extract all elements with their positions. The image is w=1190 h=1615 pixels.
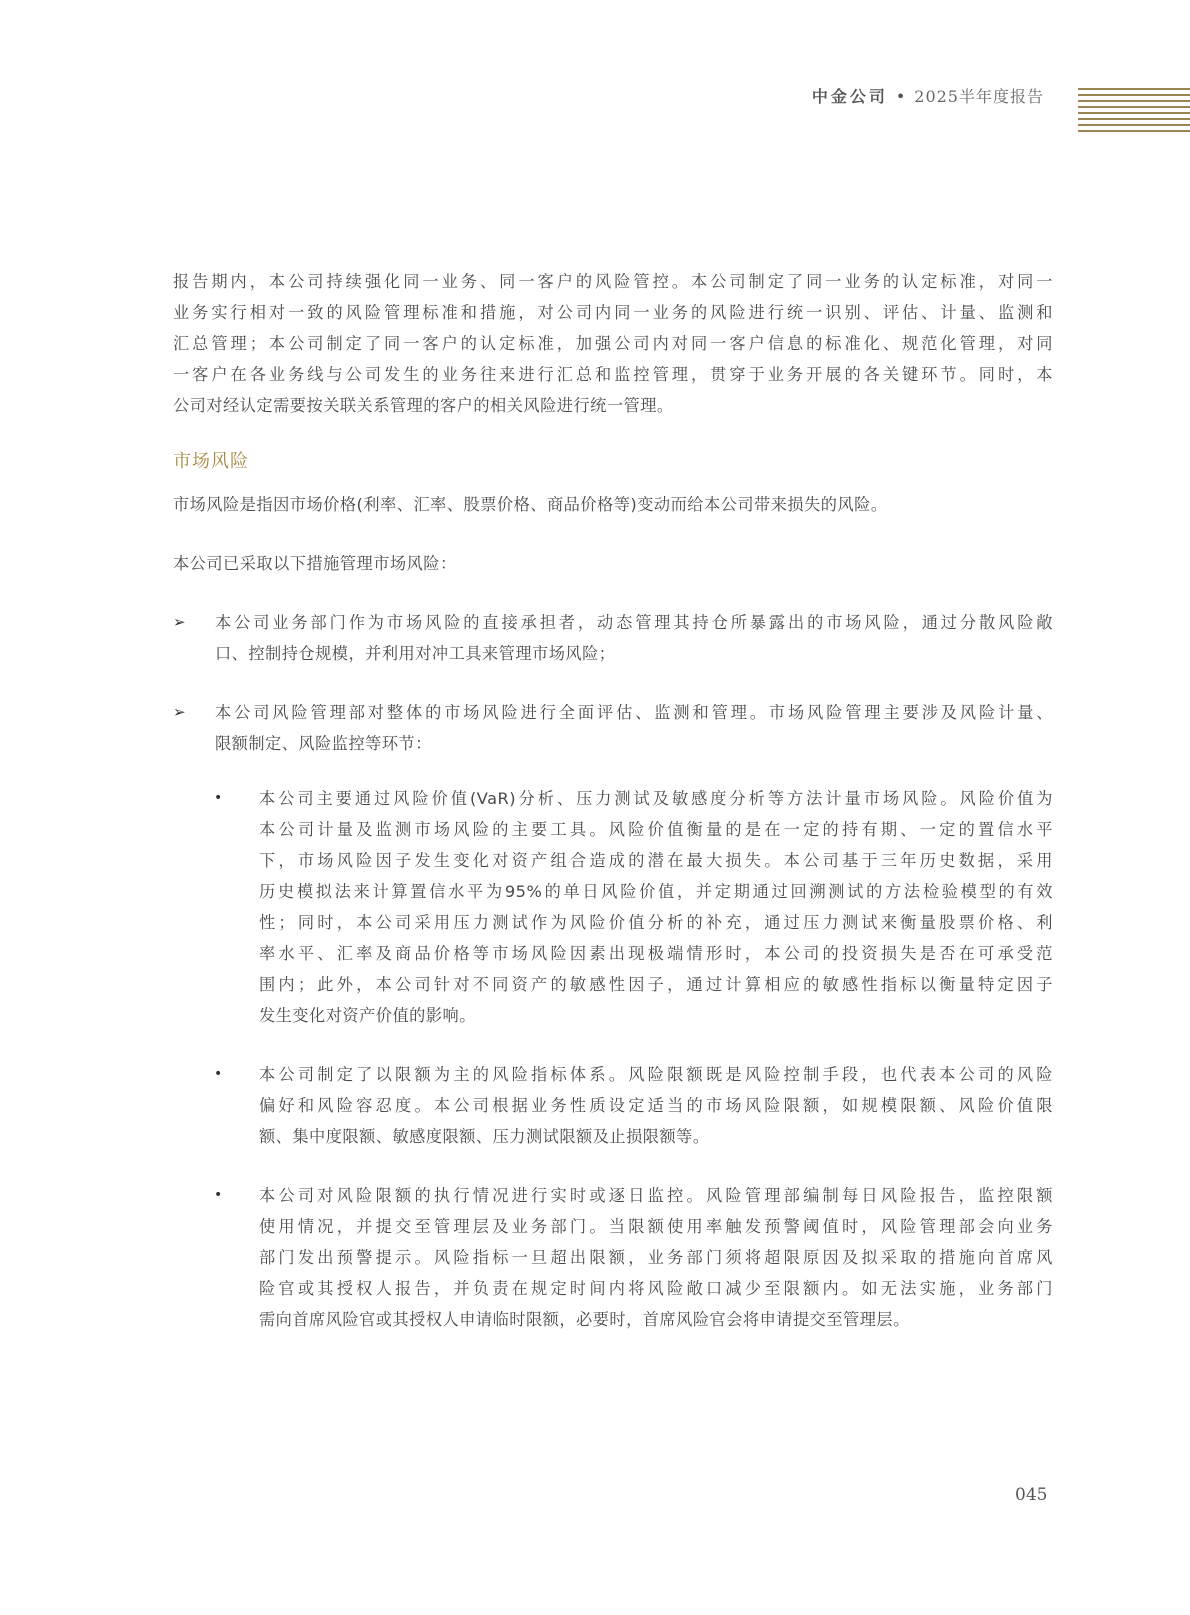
header-separator: •	[896, 87, 906, 106]
text-line: 口、控制持仓规模，并利用对冲工具来管理市场风险；	[215, 638, 1053, 669]
text-line: 业务实行相对一致的风险管理标准和措施，对公司内同一业务的风险进行统一识别、评估、…	[173, 297, 1053, 328]
dot-bullet-icon: •	[214, 1059, 222, 1090]
text-line: 偏好和风险容忍度。本公司根据业务性质设定适当的市场风险限额，如规模限额、风险价值…	[259, 1090, 1053, 1121]
text-line: 本公司风险管理部对整体的市场风险进行全面评估、监测和管理。市场风险管理主要涉及风…	[215, 697, 1053, 728]
market-risk-definition: 市场风险是指因市场价格(利率、汇率、股票价格、商品价格等)变动而给本公司带来损失…	[173, 489, 1053, 520]
measures-intro: 本公司已采取以下措施管理市场风险：	[173, 548, 1053, 579]
text-line: 本公司主要通过风险价值(VaR)分析、压力测试及敏感度分析等方法计量市场风险。风…	[259, 783, 1053, 814]
page-content: 报告期内，本公司持续强化同一业务、同一客户的风险管控。本公司制定了同一业务的认定…	[173, 266, 1053, 1363]
text-line: 率水平、汇率及商品价格等市场风险因素出现极端情形时，本公司的投资损失是否在可承受…	[259, 938, 1053, 969]
text-line: 本公司制定了以限额为主的风险指标体系。风险限额既是风险控制手段，也代表本公司的风…	[259, 1059, 1053, 1090]
text-line: 险官或其授权人报告，并负责在规定时间内将风险敞口减少至限额内。如无法实施，业务部…	[259, 1273, 1053, 1304]
text-line: 公司对经认定需要按关联关系管理的客户的相关风险进行统一管理。	[173, 390, 1053, 421]
running-header: 中金公司•2025半年度报告	[812, 84, 1044, 107]
text-line: 一客户在各业务线与公司发生的业务往来进行汇总和监控管理，贯穿于业务开展的各关键环…	[173, 359, 1053, 390]
text-line: 市场风险是指因市场价格(利率、汇率、股票价格、商品价格等)变动而给本公司带来损失…	[173, 489, 1053, 520]
dot-bullet-icon: •	[214, 783, 222, 814]
arrow-bullet-icon: ➢	[173, 697, 186, 728]
text-line: 历史模拟法来计算置信水平为95%的单日风险价值，并定期通过回溯测试的方法检验模型…	[259, 876, 1053, 907]
report-title: 2025半年度报告	[914, 87, 1044, 106]
text-line: 发生变化对资产价值的影响。	[259, 1000, 1053, 1031]
bullet-list: • 本公司主要通过风险价值(VaR)分析、压力测试及敏感度分析等方法计量市场风险…	[173, 783, 1053, 1335]
arrow-list-item: ➢ 本公司业务部门作为市场风险的直接承担者，动态管理其持仓所暴露出的市场风险，通…	[173, 607, 1053, 669]
text-line: 本公司已采取以下措施管理市场风险：	[173, 548, 1053, 579]
text-line: 下，市场风险因子发生变化对资产组合造成的潜在最大损失。本公司基于三年历史数据，采…	[259, 845, 1053, 876]
arrow-bullet-icon: ➢	[173, 607, 186, 638]
text-line: 本公司对风险限额的执行情况进行实时或逐日监控。风险管理部编制每日风险报告，监控限…	[259, 1180, 1053, 1211]
company-name: 中金公司	[812, 87, 888, 106]
text-line: 性；同时，本公司采用压力测试作为风险价值分析的补充，通过压力测试来衡量股票价格、…	[259, 907, 1053, 938]
header-stripes-decoration	[1078, 88, 1190, 134]
page-number: 045	[1015, 1485, 1047, 1505]
text-line: 汇总管理；本公司制定了同一客户的认定标准，加强公司内对同一客户信息的标准化、规范…	[173, 328, 1053, 359]
text-line: 限额制定、风险监控等环节：	[215, 728, 1053, 759]
bullet-list-item: • 本公司主要通过风险价值(VaR)分析、压力测试及敏感度分析等方法计量市场风险…	[259, 783, 1053, 1031]
section-heading-market-risk: 市场风险	[173, 449, 1053, 475]
bullet-list-item: • 本公司对风险限额的执行情况进行实时或逐日监控。风险管理部编制每日风险报告，监…	[259, 1180, 1053, 1335]
bullet-list-item: • 本公司制定了以限额为主的风险指标体系。风险限额既是风险控制手段，也代表本公司…	[259, 1059, 1053, 1152]
text-line: 需向首席风险官或其授权人申请临时限额，必要时，首席风险官会将申请提交至管理层。	[259, 1304, 1053, 1335]
text-line: 报告期内，本公司持续强化同一业务、同一客户的风险管控。本公司制定了同一业务的认定…	[173, 266, 1053, 297]
arrow-list-item: ➢ 本公司风险管理部对整体的市场风险进行全面评估、监测和管理。市场风险管理主要涉…	[173, 697, 1053, 759]
dot-bullet-icon: •	[214, 1180, 222, 1211]
text-line: 本公司业务部门作为市场风险的直接承担者，动态管理其持仓所暴露出的市场风险，通过分…	[215, 607, 1053, 638]
intro-paragraph: 报告期内，本公司持续强化同一业务、同一客户的风险管控。本公司制定了同一业务的认定…	[173, 266, 1053, 421]
text-line: 使用情况，并提交至管理层及业务部门。当限额使用率触发预警阈值时，风险管理部会向业…	[259, 1211, 1053, 1242]
text-line: 额、集中度限额、敏感度限额、压力测试限额及止损限额等。	[259, 1121, 1053, 1152]
text-line: 围内；此外，本公司针对不同资产的敏感性因子，通过计算相应的敏感性指标以衡量特定因…	[259, 969, 1053, 1000]
text-line: 部门发出预警提示。风险指标一旦超出限额，业务部门须将超限原因及拟采取的措施向首席…	[259, 1242, 1053, 1273]
text-line: 本公司计量及监测市场风险的主要工具。风险价值衡量的是在一定的持有期、一定的置信水…	[259, 814, 1053, 845]
